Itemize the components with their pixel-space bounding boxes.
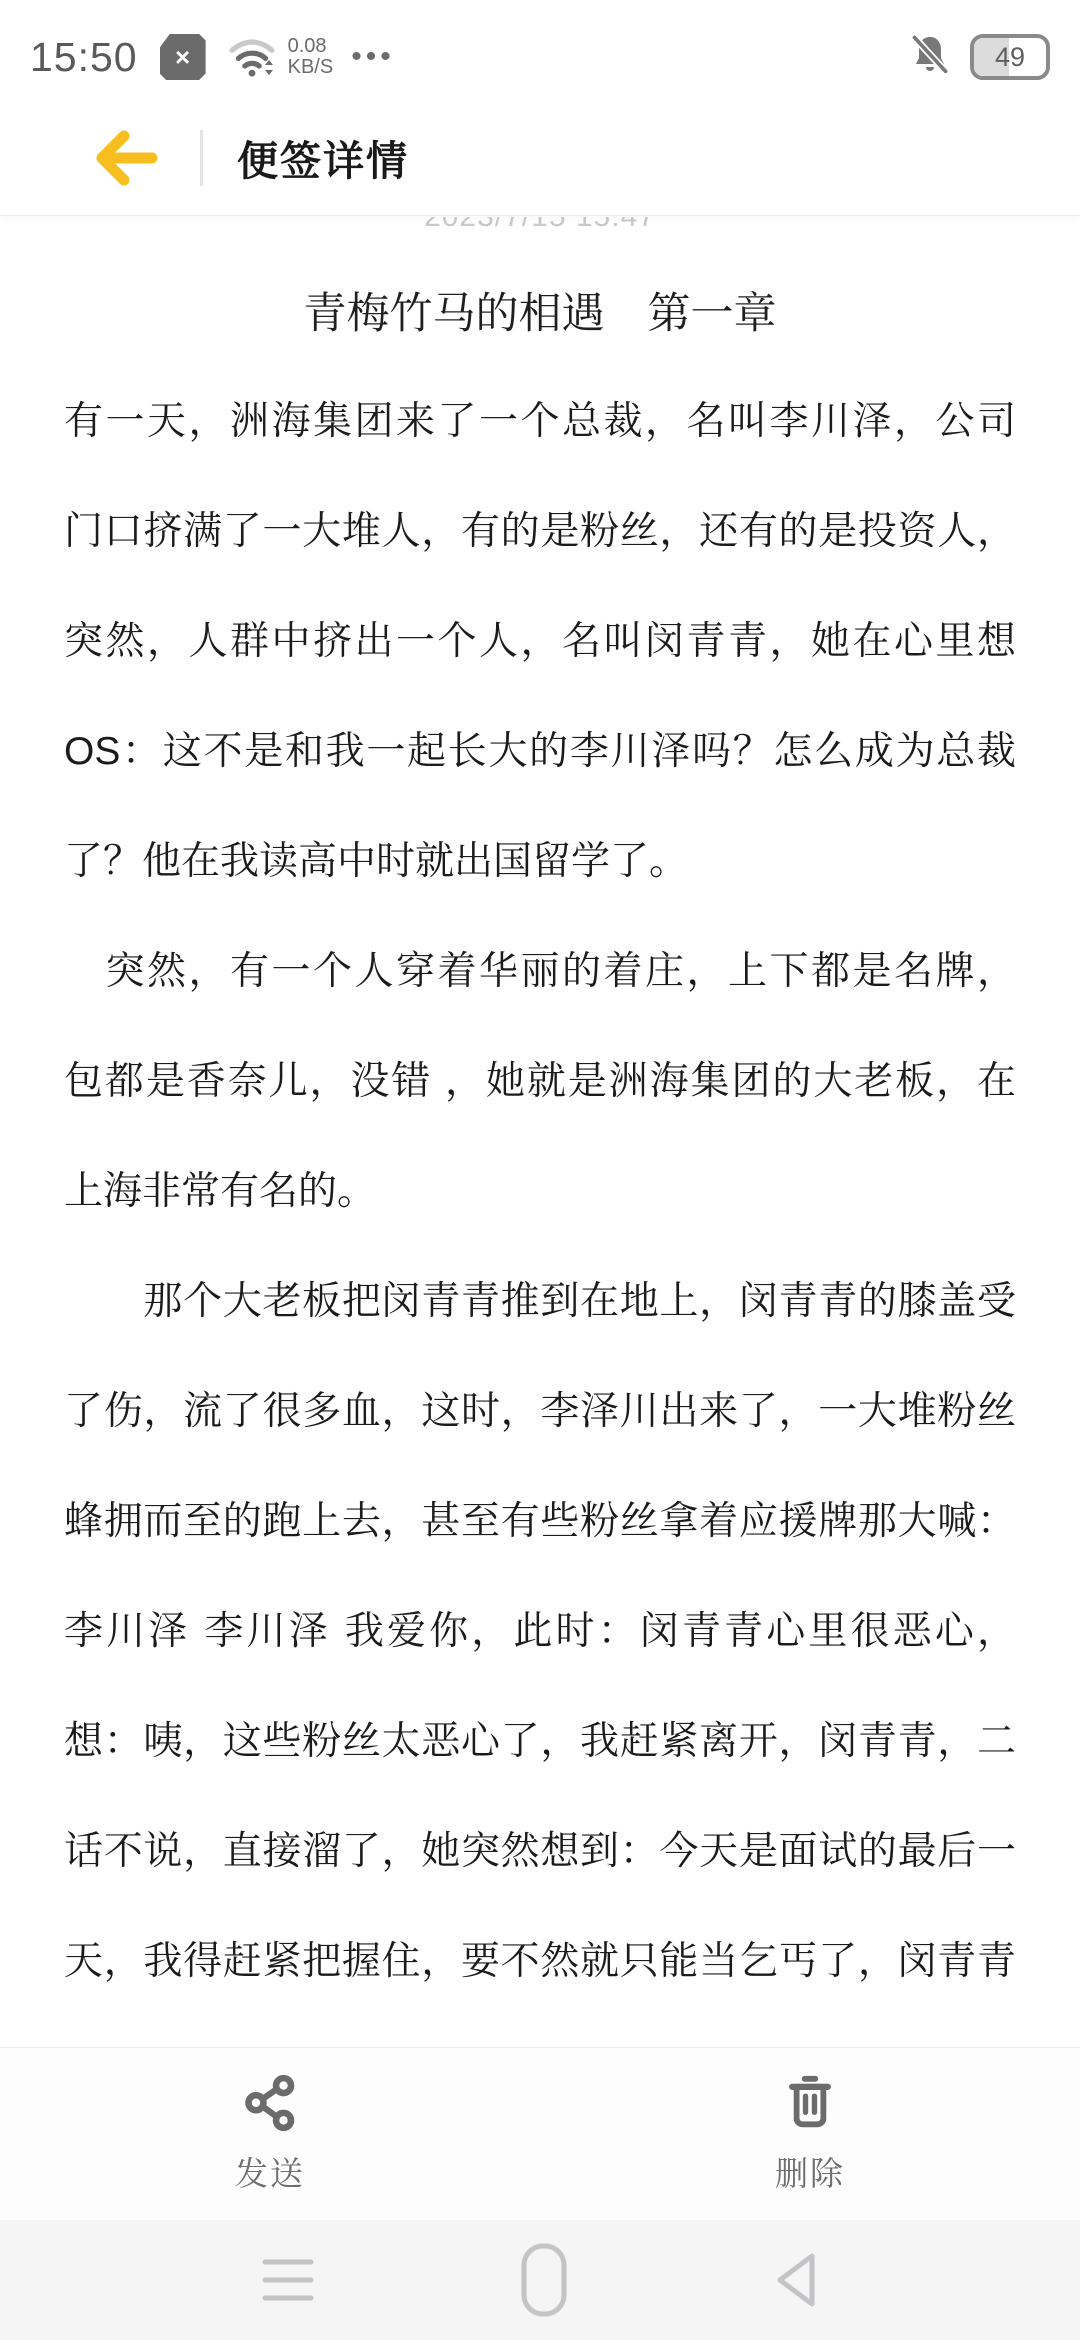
note-body: 有一天，洲海集团来了一个总裁，名叫李川泽，公司门口挤满了一大堆人，有的是粉丝，还… <box>64 367 1016 2017</box>
trash-icon <box>783 2073 837 2136</box>
note-content-area[interactable]: 2023/7/15 15:47 青梅竹马的相遇 第一章 有一天，洲海集团来了一个… <box>0 217 1080 2047</box>
note-line: 门口挤满了一大堆人，有的是粉丝，还有的是投资人， <box>64 477 1016 587</box>
battery-level: 49 <box>995 42 1025 73</box>
note-title: 青梅竹马的相遇 第一章 <box>64 285 1016 343</box>
note-line: 了？他在我读高中时就出国留学了。 <box>64 807 1016 917</box>
note-line: 包都是香奈儿，没错 ，她就是洲海集团的大老板，在 <box>64 1027 1016 1137</box>
header-divider <box>200 130 203 186</box>
wifi-icon <box>226 34 278 80</box>
send-button[interactable]: 发送 <box>0 2073 540 2195</box>
page-title: 便签详情 <box>237 128 409 187</box>
battery-icon: 49 <box>970 34 1050 80</box>
notifications-muted-icon <box>906 31 954 84</box>
home-icon[interactable] <box>521 2243 567 2317</box>
note-line: 有一天，洲海集团来了一个总裁，名叫李川泽，公司 <box>64 367 1016 477</box>
back-arrow-icon[interactable] <box>88 124 164 192</box>
network-speed-value: 0.08 <box>288 36 334 57</box>
recents-icon[interactable] <box>260 2254 316 2306</box>
status-bar-right: 49 <box>906 31 1050 84</box>
nav-back-icon[interactable] <box>772 2250 820 2310</box>
note-line: 那个大老板把闵青青推到在地上，闵青青的膝盖受 <box>64 1247 1016 1357</box>
note-timestamp: 2023/7/15 15:47 <box>64 217 1016 239</box>
clock: 15:50 <box>30 34 138 81</box>
status-bar: 15:50 × 0.08 KB/S ••• <box>0 0 1080 100</box>
network-speed-unit: KB/S <box>288 57 334 78</box>
note-line: 想：咦，这些粉丝太恶心了，我赶紧离开，闵青青，二 <box>64 1687 1016 1797</box>
status-overflow-icon: ••• <box>351 40 395 74</box>
note-line: 蜂拥而至的跑上去，甚至有些粉丝拿着应援牌那大喊： <box>64 1467 1016 1577</box>
send-label: 发送 <box>235 2148 305 2195</box>
note-line: 突然，人群中挤出一个人，名叫闵青青，她在心里想 <box>64 587 1016 697</box>
note-line: 了伤，流了很多血，这时，李泽川出来了，一大堆粉丝 <box>64 1357 1016 1467</box>
action-bar: 发送 删除 <box>0 2047 1080 2220</box>
network-speed: 0.08 KB/S <box>288 36 334 78</box>
note-line: OS：这不是和我一起长大的李川泽吗？怎么成为总裁 <box>64 697 1016 807</box>
sim-card-no-service-icon: × <box>160 34 206 80</box>
app-header: 便签详情 <box>0 100 1080 216</box>
note-line: 上海非常有名的。 <box>64 1137 1016 1247</box>
note-line: 李川泽 李川泽 我爱你，此时：闵青青心里很恶心， <box>64 1577 1016 1687</box>
note-line: 天，我得赶紧把握住，要不然就只能当乞丐了，闵青青 <box>64 1907 1016 2017</box>
share-icon <box>241 2073 299 2136</box>
system-nav-bar <box>0 2220 1080 2340</box>
delete-button[interactable]: 删除 <box>540 2073 1080 2195</box>
note-line: 突然，有一个人穿着华丽的着庄，上下都是名牌， <box>64 917 1016 1027</box>
note-detail-screen: 15:50 × 0.08 KB/S ••• <box>0 0 1080 2340</box>
note-line: 话不说，直接溜了，她突然想到：今天是面试的最后一 <box>64 1797 1016 1907</box>
delete-label: 删除 <box>775 2148 845 2195</box>
